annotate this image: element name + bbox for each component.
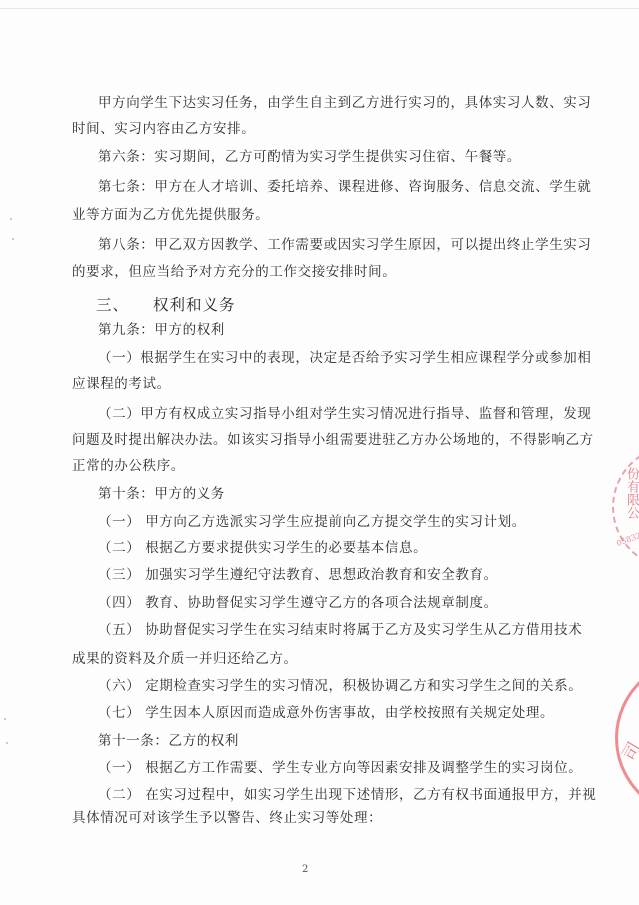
clause-line: （二） 在实习过程中，如实习学生出现下述情形，乙方有权书面通报甲方，并视 [98, 786, 596, 804]
clause-line: （五） 协助督促实习学生在实习结束时将属于乙方及实习学生从乙方借用技术 [98, 621, 582, 639]
scan-edge-line [0, 8, 639, 9]
clause-line: 具体情况可对该学生予以警告、终止实习等处理： [72, 809, 382, 827]
article-10-heading: 第十条：甲方的义务 [98, 485, 225, 503]
section-heading: 三、权利和义务 [96, 296, 236, 314]
article-8: 第八条：甲乙双方因教学、工作需要或因实习学生原因，可以提出终止学生实习 [98, 236, 592, 254]
article-6: 第六条：实习期间，乙方可酌情为实习学生提供实习住宿、午餐等。 [98, 148, 521, 166]
clause-line: （二）甲方有权成立实习指导小组对学生实习情况进行指导、监督和管理，发现 [98, 405, 592, 423]
clause-line: 正常的办公秩序。 [72, 457, 185, 475]
company-seal-partial: 份有限公 05832 [612, 445, 639, 569]
scan-speck [10, 218, 12, 220]
seal-code: 05832 [615, 531, 639, 548]
clause-line: （一）根据学生在实习中的表现，决定是否给予实习学生相应课程学分或参加相 [98, 349, 592, 367]
scan-speck [12, 238, 14, 240]
page-number: 2 [302, 864, 308, 875]
paragraph-line: 业等方面为乙方优先提供服务。 [72, 206, 269, 224]
article-11-heading: 第十一条：乙方的权利 [98, 732, 239, 750]
scan-speck [4, 718, 6, 720]
paragraph-line: 甲方向学生下达实习任务，由学生自主到乙方进行实习的，具体实习人数、实习 [98, 94, 592, 112]
clause-line: （四） 教育、协助督促实习学生遵守乙方的各项合法规章制度。 [98, 594, 498, 612]
company-seal-partial-2: 司 [615, 655, 639, 821]
clause-line: 应课程的考试。 [72, 375, 171, 393]
seal-text: 份有限公 [622, 467, 639, 519]
clause-line: （一） 甲方向乙方选派实习学生应提前向乙方提交学生的实习计划。 [98, 513, 526, 531]
section-title: 权利和义务 [153, 296, 236, 314]
section-number: 三、 [96, 296, 129, 314]
article-9-heading: 第九条：甲方的权利 [98, 321, 225, 339]
clause-line: （一） 根据乙方工作需要、学生专业方向等因素安排及调整学生的实习岗位。 [98, 759, 582, 777]
scan-speck [6, 742, 8, 744]
article-7: 第七条：甲方在人才培训、委托培养、课程进修、咨询服务、信息交流、学生就 [98, 178, 592, 196]
clause-line: （二） 根据乙方要求提供实习学生的必要基本信息。 [98, 539, 427, 557]
clause-line: （六） 定期检查实习学生的实习情况，积极协调乙方和实习学生之间的关系。 [98, 677, 582, 695]
clause-line: 成果的资料及介质一并归还给乙方。 [72, 650, 298, 668]
clause-line: 问题及时提出解决办法。如该实习指导小组需要进驻乙方办公场地的，不得影响乙方 [72, 431, 594, 449]
clause-line: （七） 学生因本人原因而造成意外伤害事故，由学校按照有关规定处理。 [98, 704, 554, 722]
paragraph-line: 的要求，但应当给予对方充分的工作交接安排时间。 [72, 263, 396, 281]
clause-line: （三） 加强实习学生遵纪守法教育、思想政治教育和安全教育。 [98, 566, 498, 584]
seal-text: 司 [615, 737, 639, 766]
paragraph-line: 时间、实习内容由乙方安排。 [72, 120, 255, 138]
